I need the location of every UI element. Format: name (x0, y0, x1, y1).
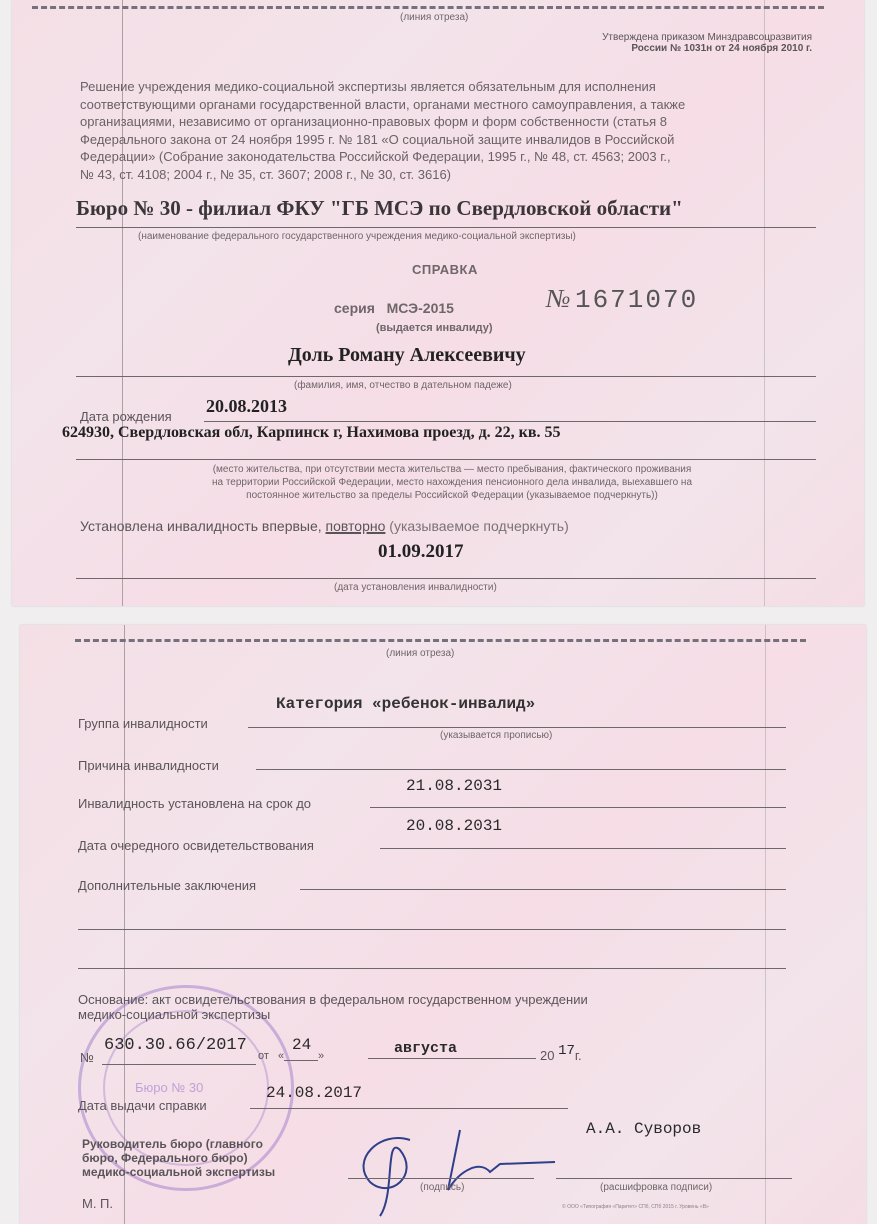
underline (380, 848, 786, 849)
disability-group-label: Группа инвалидности (78, 716, 208, 731)
caption-line: постоянное жительство за пределы Российс… (112, 489, 792, 502)
quote-close: » (318, 1050, 324, 1062)
established-selected: повторно (326, 518, 386, 534)
series-label: серия (334, 300, 375, 316)
underline (76, 459, 816, 460)
document-title: СПРАВКА (412, 262, 478, 277)
underline (248, 727, 786, 728)
act-from: от (258, 1050, 269, 1062)
approval-line: Утверждена приказом Минздравсоцразвития (602, 32, 812, 43)
established-prefix: Установлена инвалидность впервые, (80, 518, 322, 534)
disability-group-caption: (указывается прописью) (440, 730, 552, 741)
signature-decode-caption: (расшифровка подписи) (600, 1182, 712, 1193)
established-date: 01.09.2017 (378, 541, 464, 563)
act-year-g: г. (575, 1048, 582, 1063)
cut-line (32, 6, 824, 9)
recipient-caption: (фамилия, имя, отчество в дательном паде… (294, 380, 512, 391)
legal-line: Решение учреждения медико-социальной экс… (80, 78, 816, 96)
issue-date-label: Дата выдачи справки (78, 1098, 207, 1113)
printer-footer: © ООО «Типография «Паритет» СПб, СПб 201… (562, 1204, 709, 1210)
legal-line: организациями, независимо от организацио… (80, 113, 816, 131)
head-title: Руководитель бюро (главного бюро, Федера… (82, 1137, 275, 1179)
next-exam-value: 20.08.2031 (406, 817, 502, 835)
cut-line-label: (линия отреза) (400, 12, 468, 23)
institution-name: Бюро № 30 - филиал ФКУ "ГБ МСЭ по Свердл… (76, 196, 683, 221)
head-line: Руководитель бюро (главного (82, 1137, 275, 1151)
signature (340, 1120, 560, 1220)
act-year-suffix: 17 (558, 1043, 575, 1059)
legal-line: соответствующими органами государственно… (80, 96, 816, 114)
extra-conclusions-label: Дополнительные заключения (78, 878, 256, 893)
signer-name: А.А. Суворов (586, 1120, 701, 1138)
institution-caption: (наименование федерального государственн… (138, 231, 576, 242)
address-caption: (место жительства, при отсутствии места … (112, 463, 792, 502)
basis-line: медико-социальной экспертизы (78, 1007, 588, 1022)
recipient-name: Доль Роману Алексеевичу (288, 344, 526, 367)
act-year-prefix: 20 (540, 1048, 554, 1063)
issued-to-caption: (выдается инвалиду) (376, 322, 493, 334)
underline (204, 421, 816, 422)
series: серия МСЭ-2015 (334, 300, 454, 316)
legal-line: Федерации» (Собрание законодательства Ро… (80, 148, 816, 166)
act-year: 20 17г. (540, 1048, 582, 1065)
underline (348, 1178, 534, 1179)
certificate-number: № 1671070 (546, 284, 698, 315)
address-value: 624930, Свердловская обл, Карпинск г, На… (62, 424, 561, 442)
act-day: 24 (292, 1036, 311, 1054)
disability-established: Установлена инвалидность впервые, повтор… (80, 518, 569, 534)
head-line: медико-социальной экспертизы (82, 1165, 275, 1179)
disability-cause-label: Причина инвалидности (78, 758, 219, 773)
underline (556, 1178, 792, 1179)
basis-line: Основание: акт освидетельствования в фед… (78, 992, 588, 1007)
number-sign: № (546, 284, 571, 313)
legal-paragraph: Решение учреждения медико-социальной экс… (80, 78, 816, 183)
underline (76, 227, 816, 228)
approval-note: Утверждена приказом Минздравсоцразвития … (602, 32, 812, 54)
underline (370, 807, 786, 808)
seal-label: М. П. (82, 1196, 113, 1211)
act-month: августа (394, 1040, 457, 1057)
stamp-text: Бюро № 30 (135, 1080, 203, 1095)
underline (284, 1060, 318, 1061)
legal-line: № 43, ст. 4108; 2004 г., № 35, ст. 3607;… (80, 166, 816, 184)
underline (250, 1108, 568, 1109)
next-exam-label: Дата очередного освидетельствования (78, 838, 314, 853)
issue-date-value: 24.08.2017 (266, 1084, 362, 1102)
underline (76, 376, 816, 377)
underline (102, 1064, 256, 1065)
underline (256, 769, 786, 770)
act-number: 630.30.66/2017 (104, 1036, 247, 1055)
underline (300, 889, 786, 890)
head-line: бюро, Федерального бюро) (82, 1151, 275, 1165)
basis-text: Основание: акт освидетельствования в фед… (78, 992, 588, 1022)
term-label: Инвалидность установлена на срок до (78, 796, 311, 811)
underline (78, 929, 786, 930)
signature-caption: (подпись) (420, 1182, 464, 1193)
cut-line (75, 639, 806, 642)
term-value: 21.08.2031 (406, 777, 502, 795)
approval-line: России № 1031н от 24 ноября 2010 г. (602, 43, 812, 54)
underline (368, 1058, 536, 1059)
caption-line: (место жительства, при отсутствии места … (112, 463, 792, 476)
certificate-top-half: (линия отреза) Утверждена приказом Минзд… (12, 0, 864, 606)
established-suffix: (указываемое подчеркнуть) (389, 518, 568, 534)
established-caption: (дата установления инвалидности) (334, 582, 497, 593)
act-number-sign: № (80, 1050, 94, 1065)
series-value: МСЭ-2015 (387, 300, 454, 316)
underline (76, 578, 816, 579)
fold-line (765, 625, 766, 1224)
legal-line: Федерального закона от 24 ноября 1995 г.… (80, 131, 816, 149)
underline (78, 968, 786, 969)
disability-group-value: Категория «ребенок-инвалид» (276, 695, 535, 713)
number-value: 1671070 (575, 285, 698, 315)
cut-line-label: (линия отреза) (386, 648, 454, 659)
caption-line: на территории Российской Федерации, мест… (112, 476, 792, 489)
birth-label: Дата рождения (80, 409, 172, 424)
birth-value: 20.08.2013 (206, 396, 287, 417)
